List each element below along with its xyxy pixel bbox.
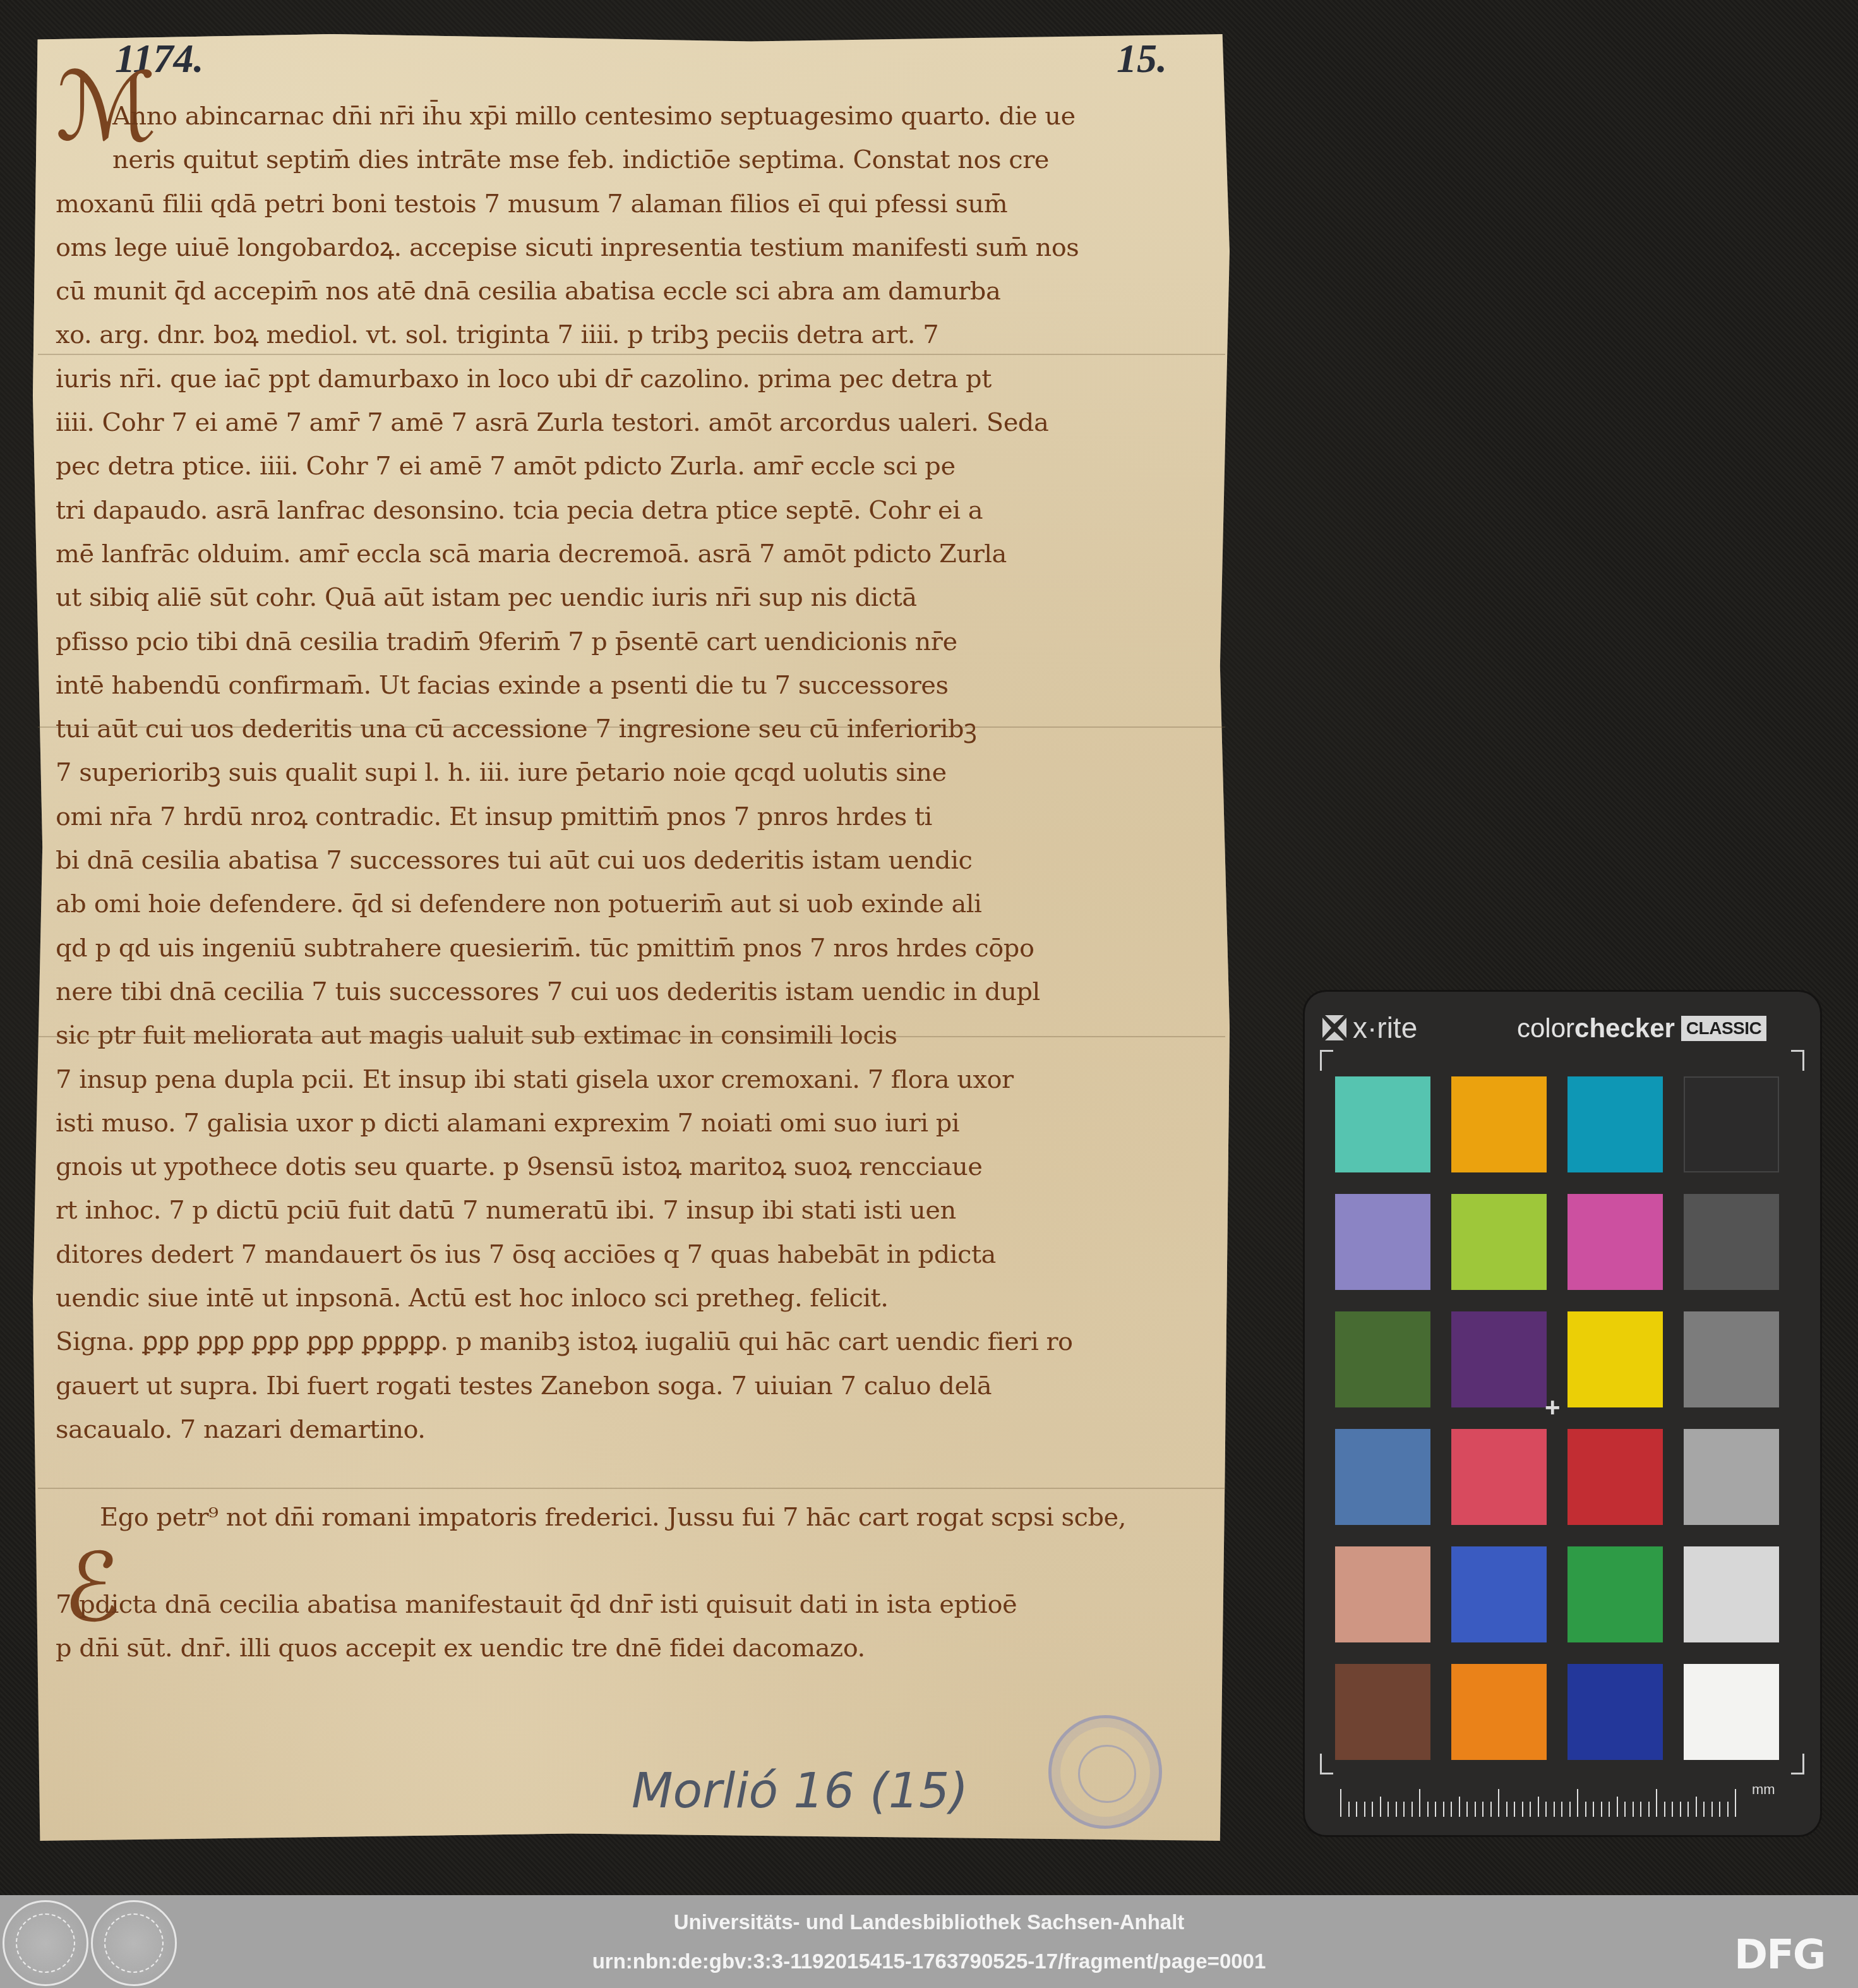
corner-mark (1791, 1050, 1804, 1071)
manuscript-line: isti muso. 7 galisia uxor p dicti alaman… (56, 1102, 1230, 1145)
manuscript-line: xo. arg. dnr. boꝝ mediol. vt. sol. trigi… (56, 313, 1230, 357)
manuscript-line: qd p qd uis ingeniū subtrahere quesierim… (56, 927, 1230, 970)
colorchecker-title: colorchecker CLASSIC (1517, 1013, 1766, 1044)
manuscript-line: pfisso pcio tibi dnā cesilia tradim̄ 9fe… (56, 620, 1230, 664)
ruler-tick (1703, 1802, 1705, 1817)
manuscript-text: Anno abincarnac dn̄i nr̄i ih̄u xp̄i mill… (56, 95, 1230, 1671)
swatch (1567, 1546, 1663, 1642)
swatch (1451, 1311, 1547, 1407)
manuscript-line: uendic siue intē ut inpsonā. Actū est ho… (56, 1277, 1230, 1320)
manuscript-line: iuris nr̄i. que iac̄ ppt damurbaxo in lo… (56, 358, 1230, 401)
xrite-brand: x·rite (1322, 1011, 1417, 1045)
ruler-tick (1601, 1802, 1602, 1817)
corner-mark (1320, 1754, 1333, 1774)
ruler-tick (1609, 1802, 1610, 1817)
pencil-shelfmark-note: Morlió 16 (15) (632, 1762, 968, 1819)
swatch (1567, 1429, 1663, 1525)
swatch (1451, 1429, 1547, 1525)
crosshair-icon: + (1545, 1392, 1561, 1423)
footer-bar: Universitäts- und Landesbibliothek Sachs… (0, 1895, 1858, 1988)
swatch (1451, 1194, 1547, 1290)
ruler-tick (1577, 1789, 1578, 1817)
ruler-tick (1719, 1802, 1720, 1817)
ruler-tick (1648, 1802, 1650, 1817)
manuscript-line: ab omi hoie defendere. q̄d si defendere … (56, 883, 1230, 926)
swatch (1684, 1546, 1779, 1642)
swatch (1567, 1664, 1663, 1760)
ruler-tick (1545, 1802, 1547, 1817)
swatch (1335, 1311, 1430, 1407)
manuscript-line: gnois ut ypothece dotis seu quarte. p 9s… (56, 1145, 1230, 1189)
ruler-tick (1380, 1797, 1381, 1817)
manuscript-line (56, 1452, 1230, 1495)
ruler-tick (1664, 1802, 1665, 1817)
ruler-tick (1514, 1802, 1515, 1817)
ruler-tick (1475, 1802, 1476, 1817)
ruler-tick (1403, 1802, 1405, 1817)
ruler-tick (1711, 1802, 1713, 1817)
ruler-tick (1348, 1802, 1350, 1817)
swatch (1335, 1429, 1430, 1525)
manuscript-line: 7 pdicta dnā cecilia abatisa manifestaui… (56, 1583, 1230, 1627)
ruler-tick (1617, 1797, 1618, 1817)
swatch (1567, 1076, 1663, 1172)
manuscript-line: sic ptr fuit meliorata aut magis ualuit … (56, 1014, 1230, 1057)
ruler-tick (1482, 1802, 1483, 1817)
xrite-wordmark: x·rite (1353, 1011, 1417, 1045)
manuscript-line: bi dnā cesilia abatisa 7 successores tui… (56, 839, 1230, 883)
swatch (1567, 1194, 1663, 1290)
ruler-tick (1466, 1802, 1468, 1817)
ruler-tick (1427, 1802, 1429, 1817)
ruler-tick (1633, 1802, 1634, 1817)
ruler-tick (1554, 1802, 1555, 1817)
brand-bold: checker (1574, 1013, 1675, 1043)
manuscript-line: pec detra ptice. iiii. Cohr 7 ei amē 7 a… (56, 445, 1230, 488)
manuscript-line: rt inhoc. 7 p dictū pciū fuit datū 7 num… (56, 1189, 1230, 1232)
ruler-tick (1490, 1802, 1492, 1817)
swatch (1684, 1429, 1779, 1525)
ruler-tick (1672, 1802, 1673, 1817)
color-checker-card: x·rite colorchecker CLASSIC + mm (1305, 992, 1820, 1835)
corner-mark (1320, 1050, 1333, 1071)
manuscript-line: Ego petr⁹ not dn̄i romani impatoris fred… (56, 1496, 1230, 1539)
ruler-tick (1727, 1802, 1729, 1817)
manuscript-line: p dn̄i sūt. dnr̄. illi quos accepit ex u… (56, 1627, 1230, 1670)
ruler-tick (1538, 1797, 1539, 1817)
ruler-tick (1498, 1789, 1499, 1817)
ruler-tick (1356, 1802, 1357, 1817)
manuscript-line: cū munit q̄d accepim̄ nos atē dnā cesili… (56, 270, 1230, 313)
swatch (1451, 1664, 1547, 1760)
manuscript-line: 7 superioribꝫ suis qualit supi l. h. iii… (56, 751, 1230, 795)
manuscript-line: 7 insup pena dupla pcii. Et insup ibi st… (56, 1058, 1230, 1102)
ruler-tick (1396, 1802, 1397, 1817)
manuscript-line (56, 1539, 1230, 1583)
manuscript-line: nere tibi dnā cecilia 7 tuis successores… (56, 970, 1230, 1014)
ruler-tick (1696, 1797, 1697, 1817)
marginalia-number: 15. (1117, 35, 1167, 82)
xrite-logo-icon (1322, 1015, 1346, 1040)
manuscript-line: tri dapaudo. asrā lanfrac desonsino. tci… (56, 489, 1230, 533)
swatch (1684, 1311, 1779, 1407)
manuscript-line: iiii. Cohr 7 ei amē 7 amr̄ 7 amē 7 asrā … (56, 401, 1230, 445)
swatch (1335, 1546, 1430, 1642)
manuscript-line: Signa. ꝑꝑꝑ ꝑꝑꝑ ꝑꝑꝑ ꝑꝑꝑ ꝑꝑꝑꝑꝑ. p manibꝫ i… (56, 1320, 1230, 1364)
manuscript-line: gauert ut supra. Ibi fuert rogati testes… (56, 1364, 1230, 1408)
swatch (1335, 1076, 1430, 1172)
ruler-tick (1656, 1789, 1657, 1817)
manuscript-line: mē lanfrāc olduim. amr̄ eccla scā maria … (56, 533, 1230, 576)
ruler-tick (1419, 1789, 1420, 1817)
corner-mark (1791, 1754, 1804, 1774)
ruler-tick (1388, 1802, 1389, 1817)
brand-prefix: color (1517, 1013, 1574, 1043)
dfg-logo: DFG (1734, 1932, 1825, 1979)
ruler-unit: mm (1752, 1781, 1775, 1798)
ruler-tick (1372, 1802, 1373, 1817)
ruler-tick (1435, 1802, 1436, 1817)
manuscript-line: ditores dedert 7 mandauert ōs ius 7 ōsq … (56, 1233, 1230, 1277)
ruler-tick (1561, 1802, 1562, 1817)
swatch (1684, 1076, 1779, 1172)
ruler-tick (1522, 1802, 1523, 1817)
library-stamp (1048, 1715, 1162, 1829)
swatch (1335, 1664, 1430, 1760)
ruler-tick (1680, 1802, 1681, 1817)
swatch (1684, 1664, 1779, 1760)
ruler-tick (1735, 1789, 1736, 1817)
ruler-tick (1364, 1802, 1365, 1817)
ruler-tick (1593, 1802, 1594, 1817)
ruler-tick (1530, 1802, 1531, 1817)
mm-ruler (1340, 1788, 1751, 1817)
ruler-tick (1687, 1802, 1689, 1817)
manuscript-line: oms lege uiuē longobardoꝝ. accepise sicu… (56, 226, 1230, 270)
ruler-tick (1411, 1802, 1413, 1817)
ruler-tick (1569, 1802, 1571, 1817)
ruler-tick (1585, 1802, 1586, 1817)
manuscript-line: tui aūt cui uos dederitis una cū accessi… (56, 708, 1230, 751)
urn-identifier[interactable]: urn:nbn:de:gbv:3:3-1192015415-1763790525… (0, 1949, 1858, 1973)
manuscript-line: omi nr̄a 7 hrdū nroꝝ contradic. Et insup… (56, 795, 1230, 839)
manuscript-line: neris quitut septim̄ dies intrāte mse fe… (56, 138, 1230, 182)
swatch (1451, 1076, 1547, 1172)
institution-name: Universitäts- und Landesbibliothek Sachs… (0, 1910, 1858, 1934)
classic-badge: CLASSIC (1681, 1016, 1766, 1041)
manuscript-line: intē habendū confirmam̄. Ut facias exind… (56, 664, 1230, 708)
swatch (1567, 1311, 1663, 1407)
ruler-tick (1624, 1802, 1626, 1817)
manuscript-line: sacaualo. 7 nazari demartino. (56, 1408, 1230, 1452)
ruler-tick (1443, 1802, 1444, 1817)
manuscript-line: ut sibiq aliē sūt cohr. Quā aūt istam pe… (56, 576, 1230, 620)
ruler-tick (1640, 1802, 1641, 1817)
manuscript-line: moxanū filii qdā petri boni testois 7 mu… (56, 183, 1230, 226)
ruler-tick (1506, 1802, 1507, 1817)
swatch (1684, 1194, 1779, 1290)
swatch (1451, 1546, 1547, 1642)
ruler-tick (1459, 1797, 1460, 1817)
swatch (1335, 1194, 1430, 1290)
ruler-tick (1451, 1802, 1452, 1817)
ruler-tick (1340, 1789, 1341, 1817)
manuscript-line: Anno abincarnac dn̄i nr̄i ih̄u xp̄i mill… (56, 95, 1230, 138)
